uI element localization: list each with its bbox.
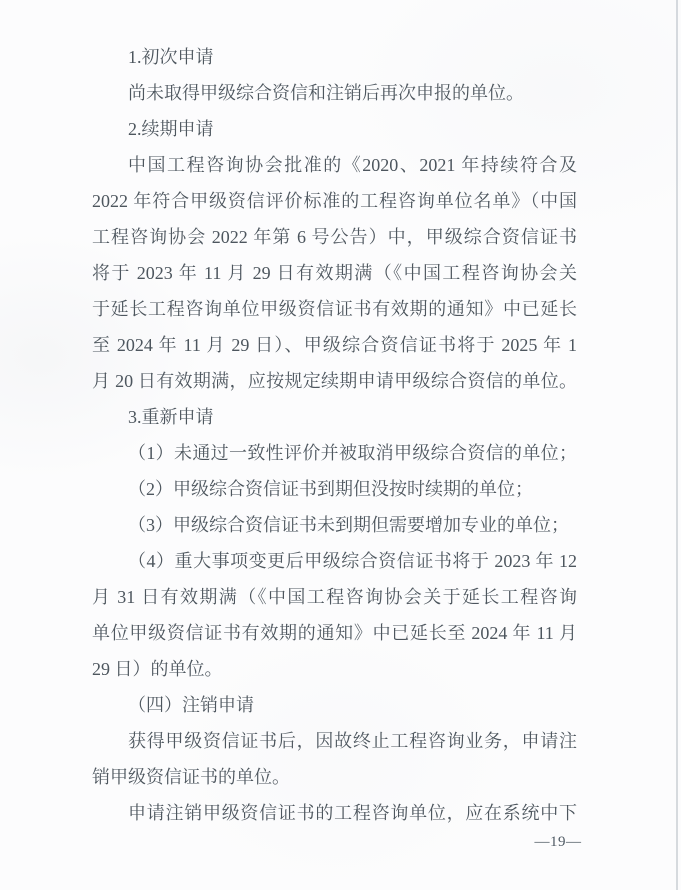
text-line: （3）甲级综合资信证书未到期但需要增加专业的单位； — [92, 507, 577, 543]
text-line: 申请注销甲级资信证书的工程咨询单位，应在系统中下 — [92, 795, 577, 831]
text-line: 至 2024 年 11 月 29 日）、甲级综合资信证书将于 2025 年 1 — [92, 327, 577, 363]
text-line: 月 31 日有效期满（《中国工程咨询协会关于延长工程咨询 — [92, 579, 577, 615]
text-line: 中国工程咨询协会批准的《2020、2021 年持续符合及 — [92, 147, 577, 183]
text-line: 1.初次申请 — [92, 39, 577, 75]
text-line: （2）甲级综合资信证书到期但没按时续期的单位； — [92, 471, 577, 507]
text-line: （1）未通过一致性评价并被取消甲级综合资信的单位； — [92, 435, 577, 471]
scan-edge-line — [676, 0, 678, 890]
text-line: 将于 2023 年 11 月 29 日有效期满（《中国工程咨询协会关 — [92, 255, 577, 291]
text-line: 3.重新申请 — [92, 399, 577, 435]
text-line: 2.续期申请 — [92, 111, 577, 147]
page-number: —19— — [533, 832, 583, 852]
scanned-document-page: 1.初次申请 尚未取得甲级综合资信和注销后再次申报的单位。 2.续期申请 中国工… — [0, 0, 681, 890]
text-line: 月 20 日有效期满，应按规定续期申请甲级综合资信的单位。 — [92, 363, 577, 399]
text-line: 工程咨询协会 2022 年第 6 号公告）中，甲级综合资信证书 — [92, 219, 577, 255]
document-body-text: 1.初次申请 尚未取得甲级综合资信和注销后再次申报的单位。 2.续期申请 中国工… — [92, 39, 577, 831]
text-line: 29 日）的单位。 — [92, 651, 577, 687]
text-line: 尚未取得甲级综合资信和注销后再次申报的单位。 — [92, 75, 577, 111]
text-line: 获得甲级资信证书后，因故终止工程咨询业务，申请注 — [92, 723, 577, 759]
text-line: 2022 年符合甲级资信评价标准的工程咨询单位名单》（中国 — [92, 183, 577, 219]
text-line: 于延长工程咨询单位甲级资信证书有效期的通知》中已延长 — [92, 291, 577, 327]
text-line: （4）重大事项变更后甲级综合资信证书将于 2023 年 12 — [92, 543, 577, 579]
text-line: 销甲级资信证书的单位。 — [92, 759, 577, 795]
text-line: （四）注销申请 — [92, 687, 577, 723]
text-line: 单位甲级资信证书有效期的通知》中已延长至 2024 年 11 月 — [92, 615, 577, 651]
